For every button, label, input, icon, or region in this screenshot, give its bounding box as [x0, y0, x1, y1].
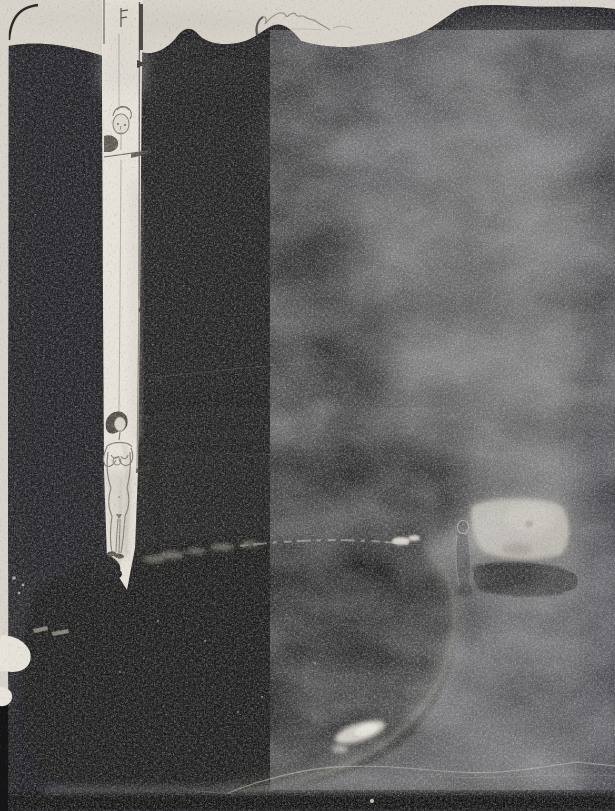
artwork-canvas	[0, 0, 615, 811]
paper-grain	[0, 0, 615, 811]
artwork-frame	[0, 0, 615, 811]
